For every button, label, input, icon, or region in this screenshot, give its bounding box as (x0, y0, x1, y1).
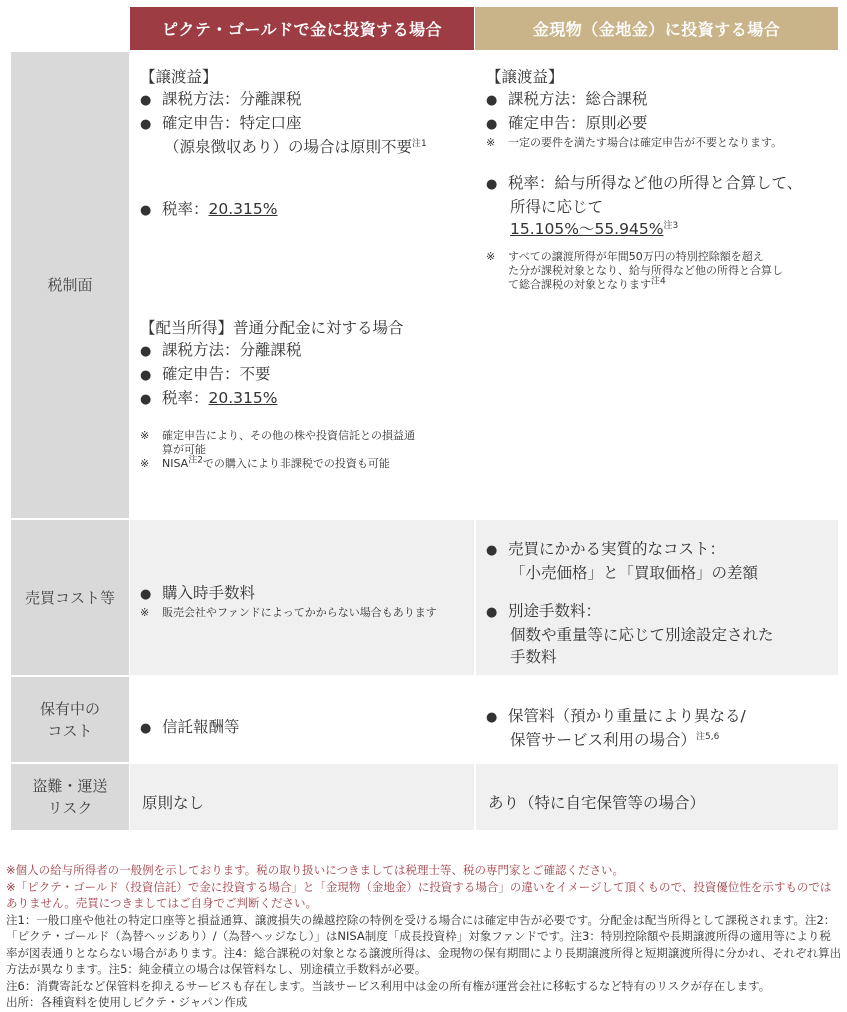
special-deduction-note: ※すべての譲渡所得が年間50万円の特別控除額を超え た分が課税対象となり、給与所… (486, 250, 802, 292)
purchase-fee: 購入時手数料 (140, 582, 437, 606)
source: 出所：各種資料を使用しピクテ・ジャパン作成 (6, 994, 842, 1011)
filing-note: ※一定の要件を満たす場合は確定申告が不要となります。 (486, 136, 802, 150)
nisa-note: ※NISA注2での購入により非課税での投資も可能 (140, 457, 415, 471)
holding-cost-gold-cell: 保管料（預かり重量により異なる/ 保管サービス利用の場合）注5,6 (476, 677, 838, 762)
theft-risk-gold-cell: あり（特に自宅保管等の場合） (476, 764, 838, 830)
tax-method: 課税方法：総合課税 (486, 88, 802, 112)
disclaimer-comparison: ※「ピクテ・ゴールド（投資信託）で金に投資する場合」と「金現物（金地金）に投資す… (6, 879, 842, 912)
trading-cost-pictet-cell: 購入時手数料 ※販売会社やファンドによってかからない場合もあります (130, 520, 474, 675)
tax-rate: 税率：給与所得など他の所得と合算して、 (486, 172, 802, 196)
filing-requirement-cont: （源泉徴収あり）の場合は原則不要注1 (140, 136, 427, 158)
holding-cost-pictet-cell: 信託報酬等 (130, 677, 474, 762)
spread-cost: 売買にかかる実質的なコスト： (486, 538, 774, 562)
note-6: 注6：消費寄託など保管料を抑えるサービスも存在します。当該サービス利用中は金の所… (6, 978, 842, 995)
row-label-tax: 税制面 (11, 52, 129, 518)
theft-risk-gold-value: あり（特に自宅保管等の場合） (488, 792, 705, 814)
purchase-fee-note: ※販売会社やファンドによってかからない場合もあります (140, 606, 437, 620)
loss-offset-note: ※確定申告により、その他の株や投資信託との損益通 算が可能 (140, 429, 415, 457)
storage-fee: 保管料（預かり重量により異なる/ (486, 705, 746, 729)
trust-fee: 信託報酬等 (140, 716, 240, 740)
dividend-title: 【配当所得】普通分配金に対する場合 (140, 317, 415, 339)
notes-1-5: 注1：一般口座や他社の特定口座等と損益通算、譲渡損失の繰越控除の特例を受ける場合… (6, 912, 842, 978)
column-header-gold-label: 金現物（金地金）に投資する場合 (533, 17, 781, 40)
capital-gain-title: 【譲渡益】 (140, 66, 427, 88)
disclaimer-general: ※個人の給与所得者の一般例を示しております。税の取り扱いにつきましては税理士等、… (6, 862, 842, 879)
row-label-theft-risk: 盗難・運送リスク (11, 764, 129, 830)
tax-gold-cell: 【譲渡益】 課税方法：総合課税 確定申告：原則必要 ※一定の要件を満たす場合は確… (476, 52, 838, 518)
tax-rate-value: 20.315% (209, 200, 278, 218)
row-label-trading-cost: 売買コスト等 (11, 520, 129, 675)
note-ref: 注1 (412, 139, 427, 149)
theft-risk-pictet-value: 原則なし (142, 792, 204, 814)
dividend-tax-method: 課税方法：分離課税 (140, 339, 415, 363)
filing-requirement: 確定申告：原則必要 (486, 112, 802, 136)
column-header-pictet-label: ピクテ・ゴールドで金に投資する場合 (162, 17, 442, 40)
tax-pictet-cell: 【譲渡益】 課税方法：分離課税 確定申告：特定口座 （源泉徴収あり）の場合は原則… (130, 52, 474, 518)
capital-gain-title: 【譲渡益】 (486, 66, 802, 88)
tax-rate-range: 15.105%～55.945%注3 (486, 218, 802, 240)
dividend-tax-rate: 税率：20.315% (140, 387, 415, 411)
theft-risk-pictet-cell: 原則なし (130, 764, 474, 830)
column-header-physical-gold: 金現物（金地金）に投資する場合 (475, 7, 838, 50)
filing-requirement: 確定申告：特定口座 (140, 112, 427, 136)
row-label-holding-cost: 保有中のコスト (11, 677, 129, 762)
column-header-pictet-gold: ピクテ・ゴールドで金に投資する場合 (130, 7, 474, 50)
tax-method: 課税方法：分離課税 (140, 88, 427, 112)
trading-cost-gold-cell: 売買にかかる実質的なコスト： 「小売価格」と「買取価格」の差額 別途手数料： 個… (476, 520, 838, 675)
tax-rate: 税率：20.315% (140, 198, 427, 222)
dividend-filing: 確定申告：不要 (140, 363, 415, 387)
footnotes: ※個人の給与所得者の一般例を示しております。税の取り扱いにつきましては税理士等、… (6, 862, 842, 1011)
separate-fee: 別途手数料： (486, 600, 774, 624)
dividend-tax-rate-value: 20.315% (209, 389, 278, 407)
